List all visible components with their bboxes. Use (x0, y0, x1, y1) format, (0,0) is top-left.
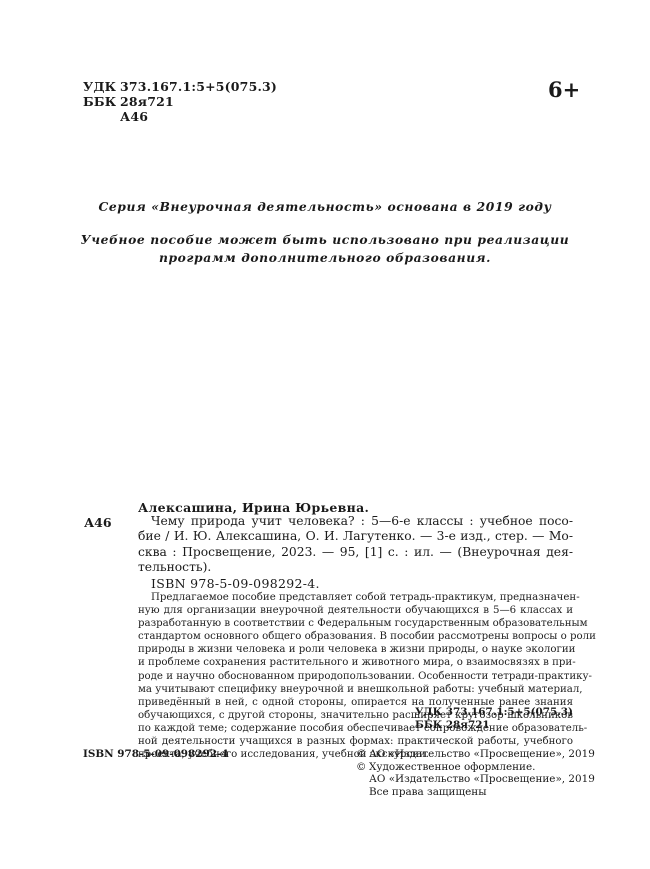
rights-reserved: Все права защищены (369, 786, 486, 798)
copyright-text: АО «Издательство «Просвещение», 2019 (369, 748, 595, 760)
udk-row: УДК373.167.1:5+5(075.3) (83, 79, 277, 94)
abstract-line: стандартом основного общего образования.… (138, 630, 573, 643)
catalog-udk: УДК 373.167.1:5+5(075.3) (415, 706, 573, 719)
abstract-line: разработанную в соответствии с Федеральн… (138, 617, 573, 630)
bbk-row: ББК28я721 (83, 94, 277, 109)
copyright-row: АО «Издательство «Просвещение», 2019 (356, 773, 595, 786)
usage-note-line-2: программ дополнительного образования. (0, 249, 650, 267)
usage-note-line-1: Учебное пособие может быть использовано … (0, 231, 650, 249)
catalog-author: Алексашина, Ирина Юрьевна. (138, 500, 369, 515)
age-rating: 6+ (548, 77, 580, 102)
abstract-line: роде и научно обоснованном природопользо… (138, 670, 573, 683)
bbk-value: 28я721 (120, 94, 174, 109)
copyright-text: АО «Издательство «Просвещение», 2019 (369, 773, 595, 785)
copyright-icon: © (356, 761, 369, 774)
usage-note: Учебное пособие может быть использовано … (0, 231, 650, 267)
bbk-label: ББК (83, 94, 120, 109)
abstract-line: и проблеме сохранения растительного и жи… (138, 656, 573, 669)
series-note: Серия «Внеурочная деятельность» основана… (0, 198, 650, 216)
biblio-line: Чему природа учит человека? : 5—6-е клас… (138, 514, 573, 529)
abstract-line: природы в жизни человека и роли человека… (138, 643, 573, 656)
author-sign: А46 (83, 109, 277, 124)
biblio-line: тельность). (138, 560, 573, 575)
footer-isbn: ISBN 978-5-09-098292-4 (83, 748, 229, 760)
abstract-line: Предлагаемое пособие представляет собой … (138, 591, 573, 604)
copyright-row: Все права защищены (356, 786, 595, 799)
catalog-isbn: ISBN 978-5-09-098292-4. (151, 576, 320, 591)
catalog-author-sign: А46 (84, 515, 112, 530)
catalog-classification-codes: УДК 373.167.1:5+5(075.3) ББК 28я721 (415, 706, 573, 732)
udk-value: 373.167.1:5+5(075.3) (120, 79, 277, 94)
copyright-row: ©АО «Издательство «Просвещение», 2019 (356, 748, 595, 761)
copyright-icon: © (356, 748, 369, 761)
copyright-block: ©АО «Издательство «Просвещение», 2019 ©Х… (356, 748, 595, 798)
catalog-bbk: ББК 28я721 (415, 719, 573, 732)
bibliographic-description: Чему природа учит человека? : 5—6-е клас… (138, 514, 573, 576)
udk-label: УДК (83, 79, 120, 94)
abstract-line: ма учитывают специфику внеурочной и внеш… (138, 683, 573, 696)
classification-codes: УДК373.167.1:5+5(075.3) ББК28я721 А46 (83, 79, 277, 124)
copyright-text: Художественное оформление. (369, 761, 535, 773)
abstract-line: ной деятельности учащихся в разных форма… (138, 735, 573, 748)
biblio-line: сква : Просвещение, 2023. — 95, [1] с. :… (138, 545, 573, 560)
biblio-line: бие / И. Ю. Алексашина, О. И. Лагутенко.… (138, 529, 573, 544)
copyright-row: ©Художественное оформление. (356, 761, 595, 774)
abstract: Предлагаемое пособие представляет собой … (138, 591, 573, 761)
abstract-line: ную для организации внеурочной деятельно… (138, 604, 573, 617)
